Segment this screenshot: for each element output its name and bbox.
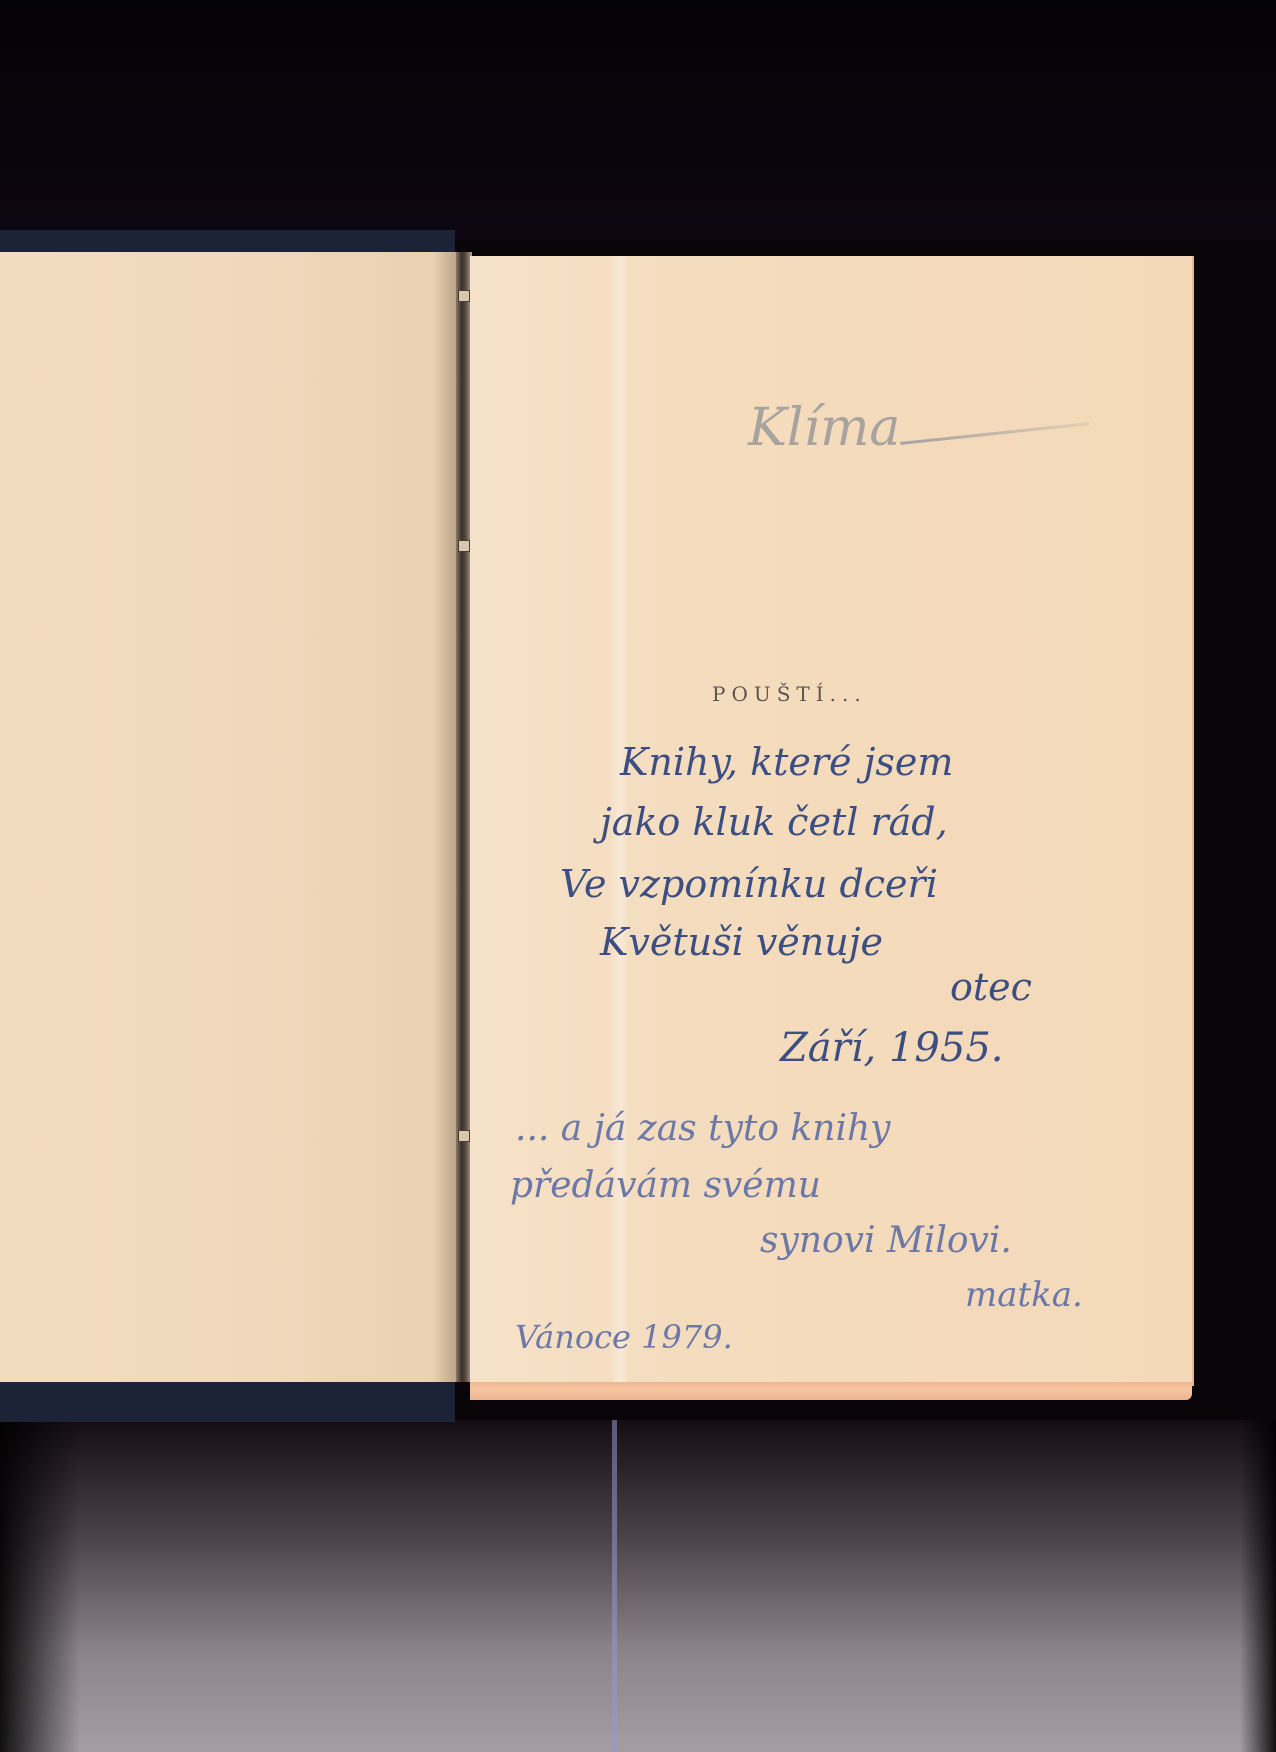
dedication-1-line: jako kluk četl rád,: [600, 800, 948, 844]
dedication-2-line: ... a já zas tyto knihy: [515, 1108, 891, 1149]
dedication-1-line: Ve vzpomínku dceři: [560, 862, 938, 906]
scanner-background-top: [0, 0, 1276, 240]
binding-thread-icon: [458, 540, 470, 552]
printed-title: POUŠTÍ...: [712, 682, 867, 706]
binding-thread-icon: [458, 1130, 470, 1142]
dedication-2-date: Vánoce 1979.: [515, 1318, 733, 1356]
dedication-1-line: Květuši věnuje: [600, 920, 883, 964]
dedication-1-signature: otec: [950, 965, 1032, 1009]
dedication-2-signature: matka.: [965, 1275, 1083, 1315]
page-block-edge: [470, 1382, 1192, 1400]
left-endpaper: [0, 252, 456, 1382]
scanner-streak: [612, 1420, 617, 1752]
dedication-2-line: synovi Milovi.: [760, 1220, 1012, 1261]
pencil-signature: Klíma: [748, 398, 900, 458]
dedication-1-line: Knihy, které jsem: [620, 740, 953, 784]
dedication-1-date: Září, 1955.: [780, 1025, 1004, 1071]
binding-thread-icon: [458, 290, 470, 302]
scanner-background-bottom: [0, 1420, 1276, 1752]
dedication-2-line: předávám svému: [510, 1165, 821, 1206]
